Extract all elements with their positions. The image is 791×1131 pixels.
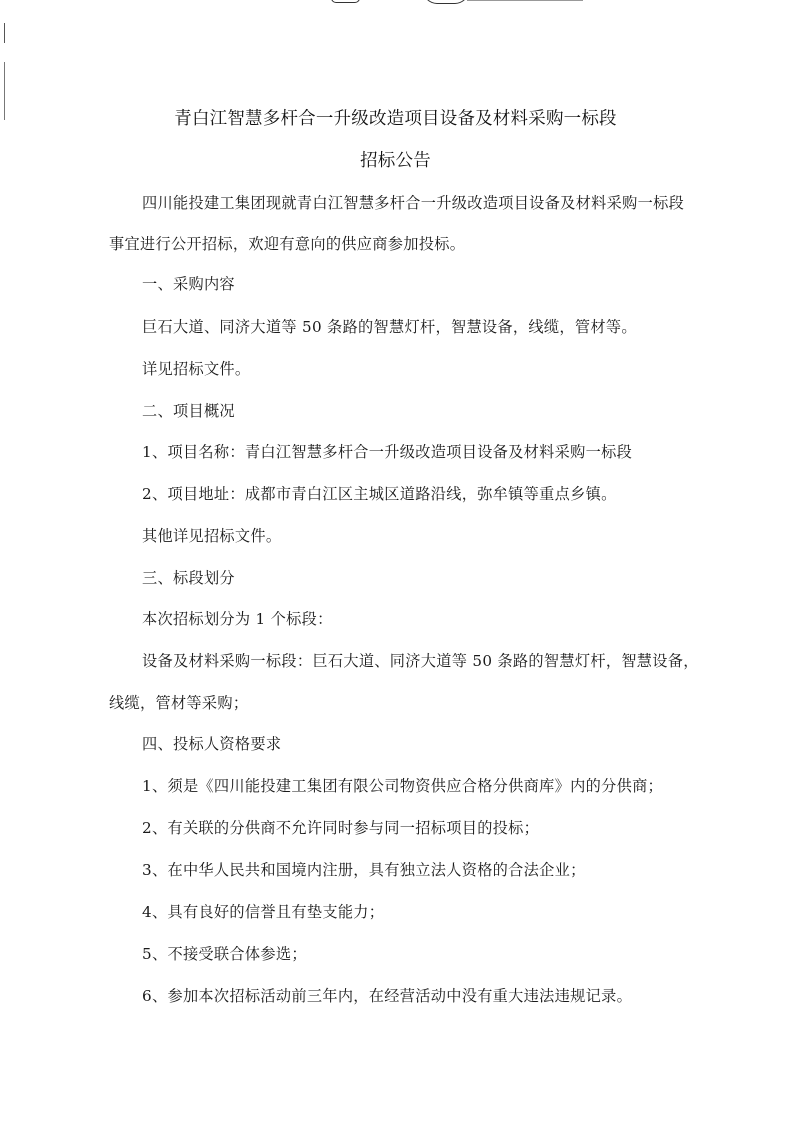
intro-paragraph-line: 四川能投建工集团现就青白江智慧多杆合一升级改造项目设备及材料采购一标段 — [142, 192, 684, 213]
document-page: 青白江智慧多杆合一升级改造项目设备及材料采购一标段 招标公告 四川能投建工集团现… — [0, 0, 791, 1131]
qualification-item: 4、具有良好的信誉且有垫支能力； — [142, 901, 384, 922]
section-text: 设备及材料采购一标段：巨石大道、同济大道等 50 条路的智慧灯杆，智慧设备， — [142, 650, 699, 671]
section-heading-lot-division: 三、标段划分 — [142, 567, 235, 588]
section-text: 本次招标划分为 1 个标段： — [142, 608, 333, 629]
section-text: 其他详见招标文件。 — [142, 525, 281, 546]
intro-paragraph-line: 事宜进行公开招标，欢迎有意向的供应商参加投标。 — [109, 233, 465, 254]
qualification-item: 2、有关联的分供商不允许同时参与同一招标项目的投标； — [142, 817, 539, 838]
section-heading-procurement-content: 一、采购内容 — [142, 273, 235, 294]
qualification-item: 5、不接受联合体参选； — [142, 943, 307, 964]
section-text: 1、项目名称：青白江智慧多杆合一升级改造项目设备及材料采购一标段 — [142, 441, 632, 462]
qualification-item: 6、参加本次招标活动前三年内，在经营活动中没有重大违法违规记录。 — [142, 985, 632, 1006]
qualification-item: 1、须是《四川能投建工集团有限公司物资供应合格分供商库》内的分供商； — [142, 775, 663, 796]
section-heading-bidder-qualifications: 四、投标人资格要求 — [142, 733, 281, 754]
section-text: 详见招标文件。 — [142, 358, 250, 379]
section-text: 巨石大道、同济大道等 50 条路的智慧灯杆，智慧设备，线缆，管材等。 — [142, 316, 637, 337]
section-text: 2、项目地址：成都市青白江区主城区道路沿线，弥牟镇等重点乡镇。 — [142, 483, 617, 504]
section-heading-project-overview: 二、项目概况 — [142, 400, 235, 421]
document-title: 青白江智慧多杆合一升级改造项目设备及材料采购一标段 — [0, 105, 791, 130]
document-subtitle: 招标公告 — [0, 147, 791, 172]
qualification-item: 3、在中华人民共和国境内注册，具有独立法人资格的合法企业； — [142, 859, 586, 880]
section-text: 线缆，管材等采购； — [109, 692, 248, 713]
